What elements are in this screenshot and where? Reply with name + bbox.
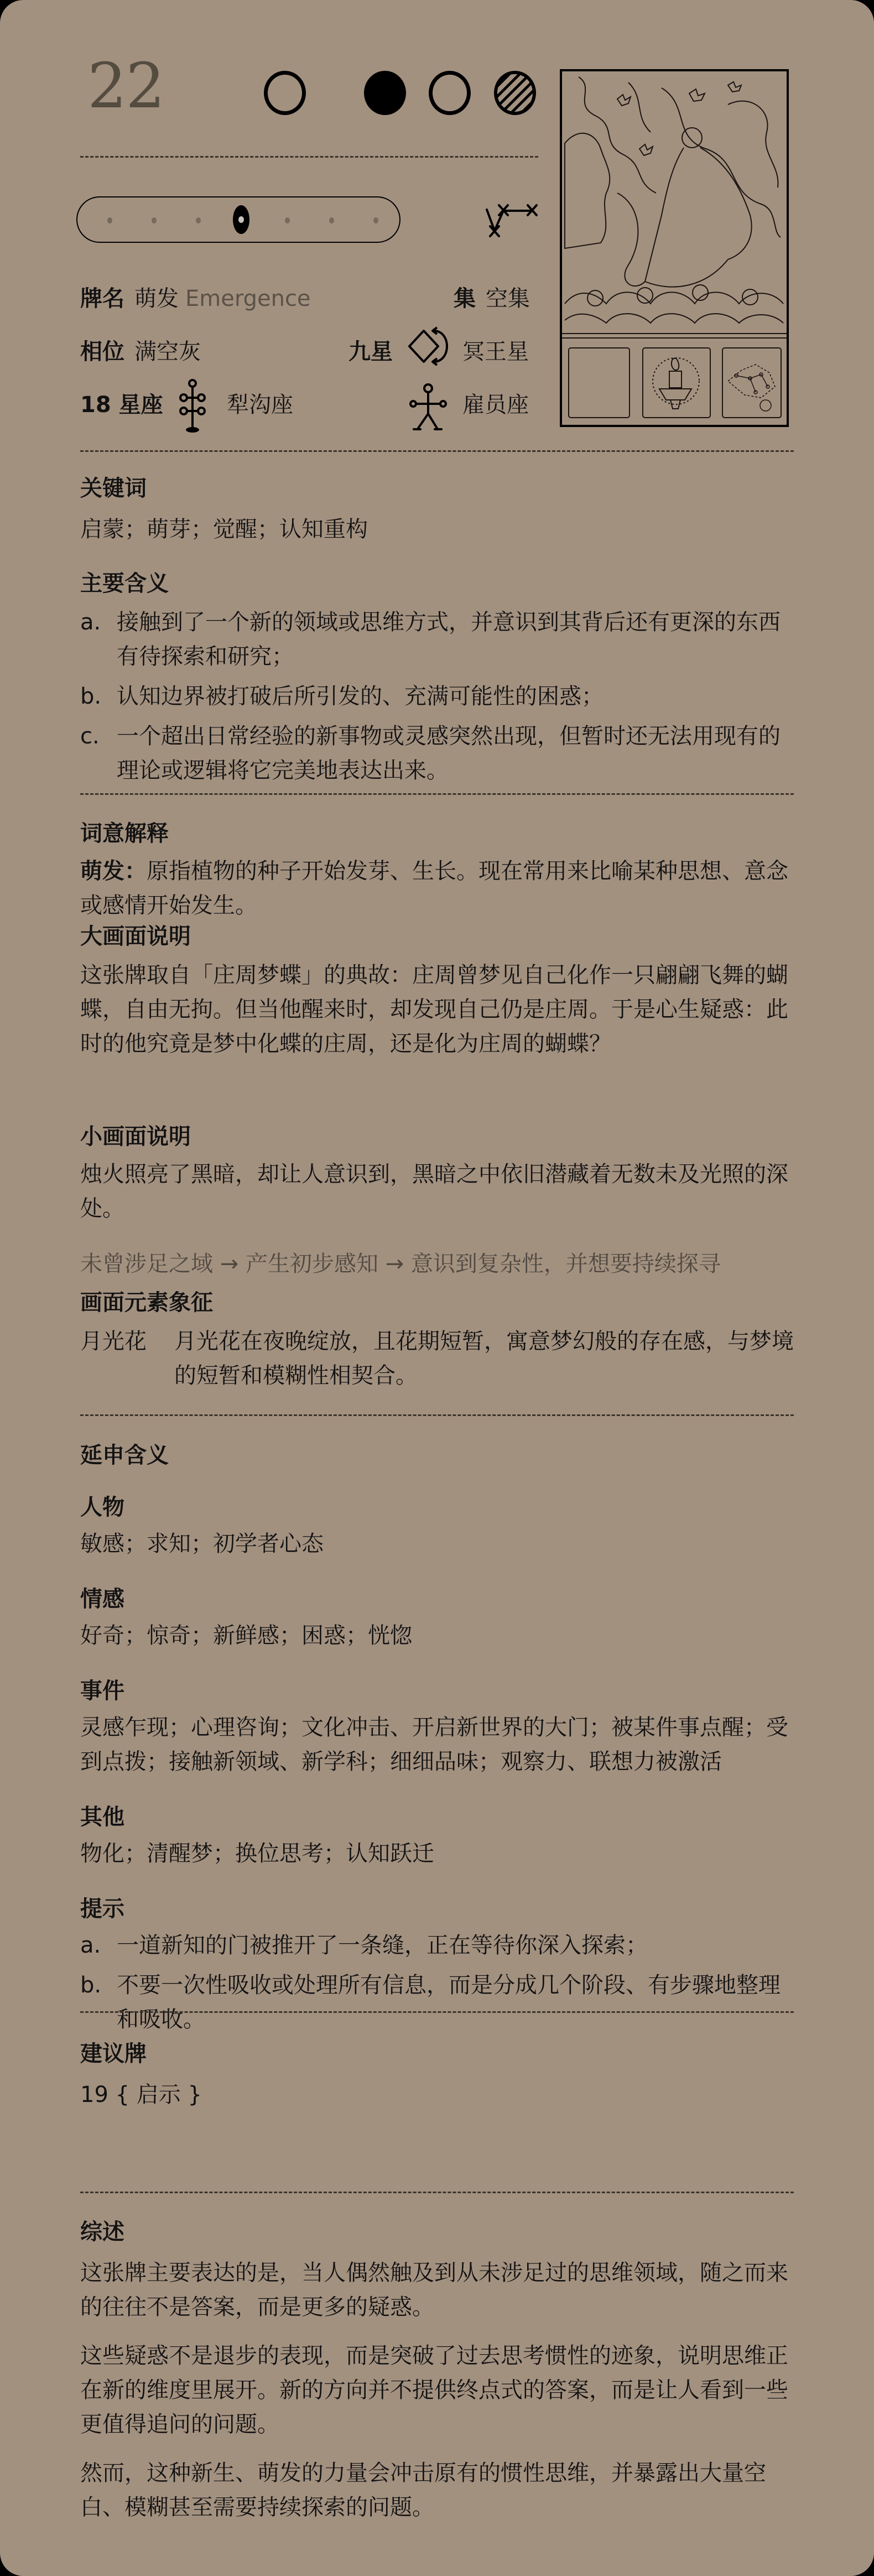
plow-glyph-icon: [178, 379, 211, 434]
zodiac-label: 18 星座: [80, 392, 163, 418]
figure-glyph-icon: [409, 382, 448, 434]
divider: [80, 793, 794, 795]
slider-dot[interactable]: [152, 217, 157, 223]
small-picture-flow: 未曾涉足之域 → 产生初步感知 → 意识到复杂性，并想要持续探寻: [80, 1247, 794, 1281]
set-label: 集: [454, 286, 476, 311]
small-picture-text: 烛火照亮了黑暗，却让人意识到，黑暗之中依旧潜藏着无数未及光照的深处。: [80, 1157, 794, 1226]
illustration-artwork: [562, 71, 787, 425]
slider-dot[interactable]: [329, 217, 334, 223]
symbols-title: 画面元素象征: [80, 1289, 794, 1316]
divider: [80, 2011, 794, 2013]
main-meaning-section: 主要含义 a.接触到了一个新的领域或思维方式，并意识到其背后还有更深的东西有待探…: [80, 570, 794, 788]
constellation-icon: [482, 202, 543, 249]
extended-section: 延申含义 人物 敏感；求知；初学者心态 情感 好奇；惊奇；新鲜感；困惑；恍惚 事…: [80, 1441, 794, 2037]
hollow-circle-icon: [429, 71, 471, 115]
symbol-item: 月光花 月光花在夜晚绽放，且花期短暂，寓意梦幻般的存在感，与梦境的短暂和模糊性相…: [80, 1324, 794, 1393]
divider: [80, 1414, 794, 1416]
main-meaning-title: 主要含义: [80, 570, 794, 597]
divider: [80, 450, 794, 452]
suggested-card-link[interactable]: 19 { 启示 }: [80, 2078, 794, 2112]
slider-dot[interactable]: [373, 217, 378, 223]
card-name-cn: 萌发: [134, 286, 179, 311]
small-picture-title: 小画面说明: [80, 1123, 794, 1151]
hatched-circle-icon: [494, 71, 536, 115]
events-text: 灵感乍现；心理咨询；文化冲击、开启新世界的大门；被某件事点醒；受到点拨；接触新领…: [80, 1710, 794, 1779]
hint-title: 提示: [80, 1895, 794, 1923]
list-item: a.一道新知的门被推开了一条缝，正在等待你深入探索；: [80, 1928, 794, 1963]
divider: [80, 2192, 794, 2193]
emotion-title: 情感: [80, 1585, 794, 1613]
phase-value: 满空灰: [134, 339, 201, 365]
set-value: 空集: [486, 286, 530, 311]
slider-dot[interactable]: [196, 217, 201, 223]
set-row: 集空集: [454, 285, 530, 312]
symbol-text: 月光花在夜晚绽放，且花期短暂，寓意梦幻般的存在感，与梦境的短暂和模糊性相契合。: [174, 1324, 794, 1393]
slider-dot[interactable]: [107, 217, 112, 223]
other-title: 其他: [80, 1803, 794, 1831]
slider-dot[interactable]: [285, 217, 290, 223]
summary-title: 综述: [80, 2218, 794, 2246]
hollow-circle-icon: [264, 71, 306, 115]
big-picture-title: 大画面说明: [80, 923, 794, 950]
emotion-text: 好奇；惊奇；新鲜感；困惑；恍惚: [80, 1619, 794, 1653]
card-detail-page: 22 牌名萌发Emergence 集空集 相位满空灰 九: [0, 0, 874, 2576]
events-title: 事件: [80, 1677, 794, 1705]
summary-paragraph: 然而，这种新生、萌发的力量会冲击原有的惯性思维，并暴露出大量空白、模糊甚至需要持…: [80, 2456, 794, 2525]
word-meaning-title: 词意解释: [80, 820, 794, 847]
symbols-section: 画面元素象征 月光花 月光花在夜晚绽放，且花期短暂，寓意梦幻般的存在感，与梦境的…: [80, 1289, 794, 1393]
filled-circle-icon: [364, 71, 406, 115]
other-text: 物化；清醒梦；换位思考；认知跃迁: [80, 1836, 794, 1871]
diamond-cycle-icon: [407, 326, 456, 371]
summary-paragraph: 这些疑惑不是退步的表现，而是突破了过去思考惯性的迹象，说明思维正在新的维度里展开…: [80, 2339, 794, 2442]
extended-title: 延申含义: [80, 1441, 794, 1469]
card-name-row: 牌名萌发Emergence: [80, 285, 311, 312]
summary-section: 综述 这张牌主要表达的是，当人偶然触及到从未涉足过的思维领域，随之而来的往往不是…: [80, 2218, 794, 2525]
phase-label: 相位: [80, 339, 124, 365]
ninestar-label: 九星: [348, 339, 393, 365]
list-item: b.不要一次性吸收或处理所有信息，而是分成几个阶段、有步骤地整理和吸收。: [80, 1968, 794, 2037]
big-picture-text: 这张牌取自「庄周梦蝶」的典故：庄周曾梦见自己化作一只翩翩飞舞的蝴蝶，自由无拘。但…: [80, 958, 794, 1061]
big-picture-section: 大画面说明 这张牌取自「庄周梦蝶」的典故：庄周曾梦见自己化作一只翩翩飞舞的蝴蝶，…: [80, 923, 794, 1061]
keywords-section: 关键词 启蒙；萌芽；觉醒；认知重构: [80, 475, 794, 547]
position-slider[interactable]: [76, 196, 400, 243]
symbol-key: 月光花: [80, 1324, 174, 1393]
list-item: c.一个超出日常经验的新事物或灵感突然出现，但暂时还无法用现有的理论或逻辑将它完…: [80, 719, 794, 788]
slider-handle[interactable]: [233, 205, 249, 234]
card-name-en: Emergence: [185, 286, 311, 311]
people-title: 人物: [80, 1493, 794, 1521]
keywords-text: 启蒙；萌芽；觉醒；认知重构: [80, 512, 794, 547]
people-text: 敏感；求知；初学者心态: [80, 1527, 794, 1561]
card-illustration: [560, 69, 789, 427]
keywords-title: 关键词: [80, 475, 794, 502]
list-item: b.认知边界被打破后所引发的、充满可能性的困惑；: [80, 679, 794, 714]
summary-paragraph: 这张牌主要表达的是，当人偶然触及到从未涉足过的思维领域，随之而来的往往不是答案，…: [80, 2256, 794, 2324]
small-picture-section: 小画面说明 烛火照亮了黑暗，却让人意识到，黑暗之中依旧潜藏着无数未及光照的深处。…: [80, 1123, 794, 1281]
word-meaning-term: 萌发：: [80, 858, 147, 884]
word-meaning-text: 萌发：原指植物的种子开始发芽、生长。现在常用来比喻某种思想、意念或感情开始发生。: [80, 854, 794, 923]
zodiac-value-2: 雇员座: [462, 392, 529, 418]
phase-row: 相位满空灰: [80, 339, 201, 365]
zodiac-value-1: 犁沟座: [227, 392, 293, 418]
suggested-title: 建议牌: [80, 2040, 794, 2068]
card-number: 22: [87, 55, 164, 117]
word-meaning-section: 词意解释 萌发：原指植物的种子开始发芽、生长。现在常用来比喻某种思想、意念或感情…: [80, 820, 794, 923]
ninestar-row: 九星: [348, 339, 393, 365]
zodiac-row: 18 星座: [80, 392, 163, 418]
suggested-section: 建议牌 19 { 启示 }: [80, 2040, 794, 2112]
ninestar-value: 冥王星: [462, 339, 529, 365]
card-name-label: 牌名: [80, 286, 124, 311]
list-item: a.接触到了一个新的领域或思维方式，并意识到其背后还有更深的东西有待探索和研究；: [80, 605, 794, 674]
divider: [80, 156, 538, 158]
